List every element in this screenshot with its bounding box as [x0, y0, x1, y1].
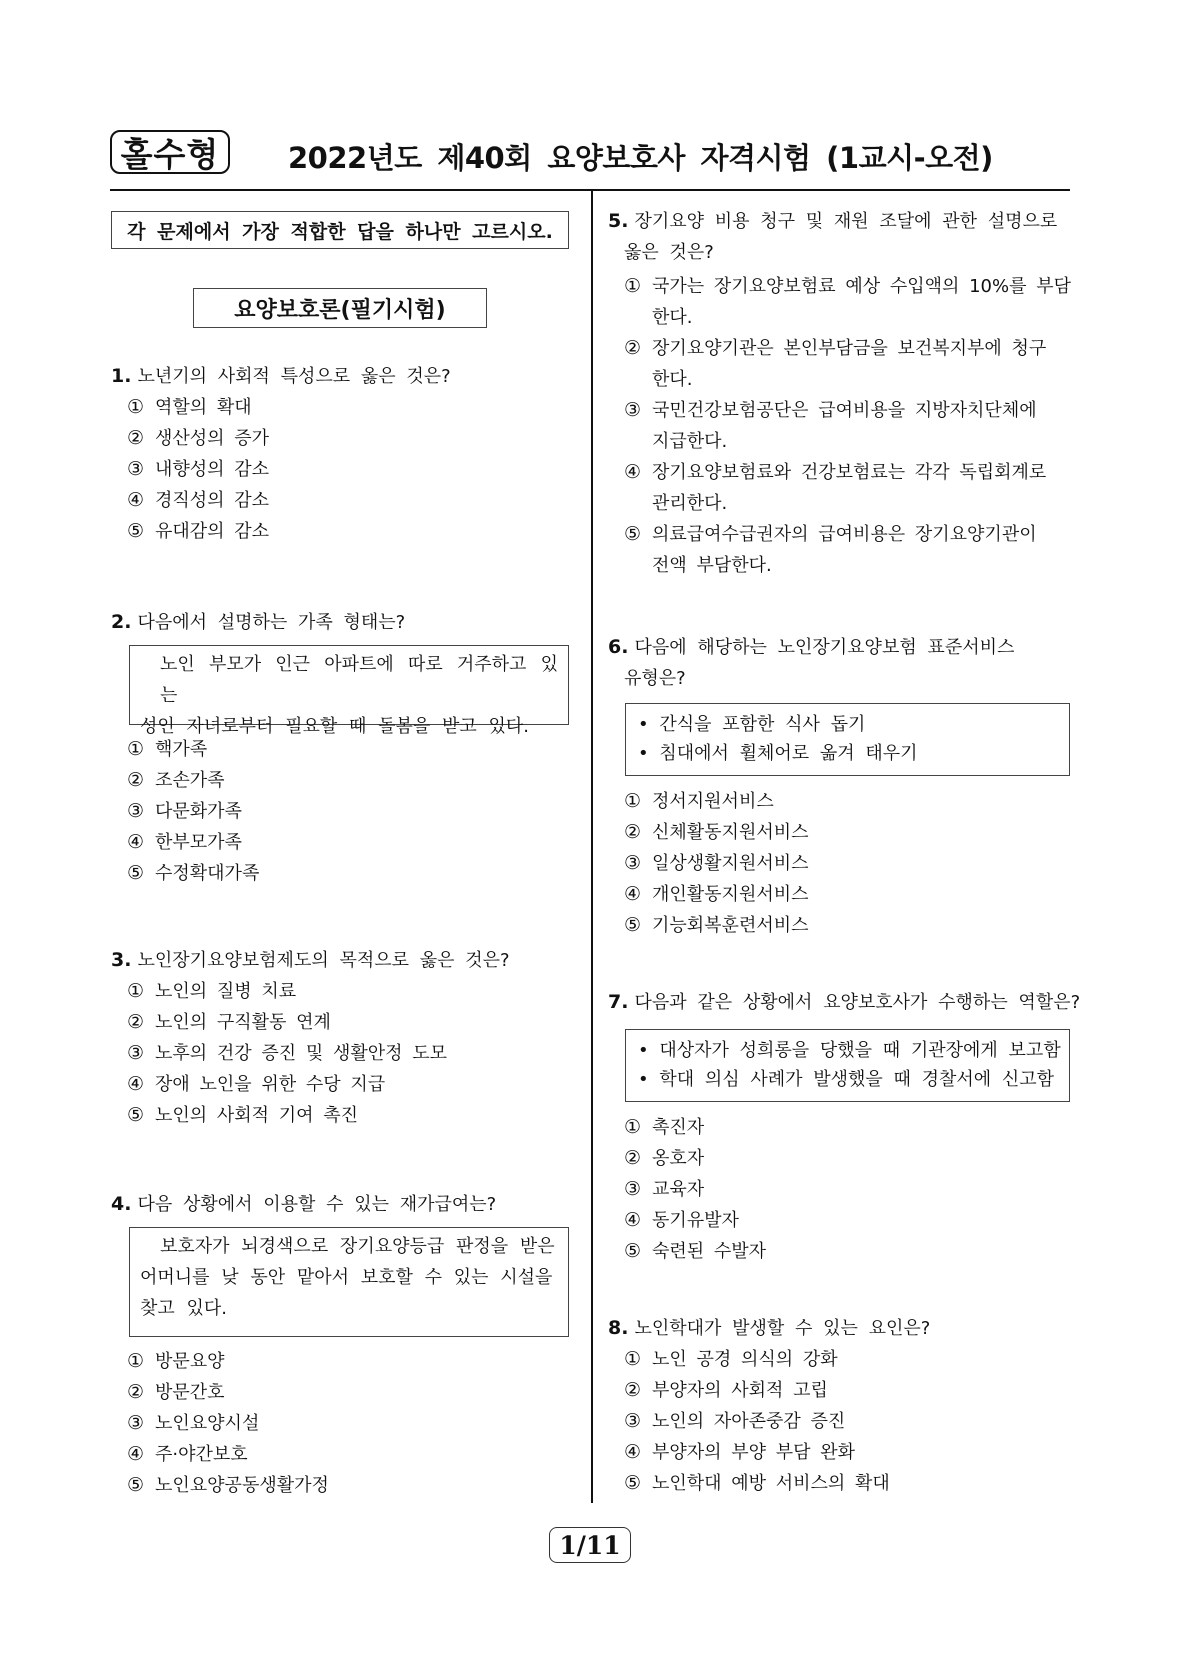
- option-3[interactable]: ③일상생활지원서비스: [624, 848, 809, 879]
- question-number: 5.: [608, 210, 628, 232]
- option-list: ①노인의 질병 치료 ②노인의 구직활동 연계 ③노후의 건강 증진 및 생활안…: [111, 976, 510, 1131]
- option-5[interactable]: ⑤노인학대 예방 서비스의 확대: [624, 1468, 930, 1499]
- option-3[interactable]: ③노후의 건강 증진 및 생활안정 도모: [127, 1038, 510, 1069]
- option-list: ①역할의 확대 ②생산성의 증가 ③내향성의 감소 ④경직성의 감소 ⑤유대감의…: [111, 392, 451, 547]
- question-3: 3.노인장기요양보험제도의 목적으로 옳은 것은? ①노인의 질병 치료 ②노인…: [111, 946, 510, 1131]
- option-1[interactable]: ①노인 공경 의식의 강화: [624, 1344, 930, 1375]
- question-1: 1.노년기의 사회적 특성으로 옳은 것은? ①역할의 확대 ②생산성의 증가 …: [111, 362, 451, 547]
- option-list: ①촉진자 ②옹호자 ③교육자 ④동기유발자 ⑤숙련된 수발자: [624, 1112, 766, 1267]
- question-title: 1.노년기의 사회적 특성으로 옳은 것은?: [111, 362, 451, 388]
- question-8: 8.노인학대가 발생할 수 있는 요인은? ①노인 공경 의식의 강화 ②부양자…: [608, 1314, 930, 1499]
- option-1[interactable]: ①촉진자: [624, 1112, 766, 1143]
- option-4[interactable]: ④한부모가족: [127, 827, 259, 858]
- option-5[interactable]: ⑤유대감의 감소: [127, 516, 451, 547]
- option-1[interactable]: ①핵가족: [127, 734, 259, 765]
- question-5: 5.장기요양 비용 청구 및 재원 조달에 관한 설명으로 옳은 것은? ①국가…: [608, 206, 1070, 581]
- option-2[interactable]: ②조손가족: [127, 765, 259, 796]
- passage-box: 노인 부모가 인근 아파트에 따로 거주하고 있는 성인 자녀로부터 필요할 때…: [129, 645, 569, 725]
- option-list: ①국가는 장기요양보험료 예상 수입액의 10%를 부담 한다. ②장기요양기관…: [608, 271, 1070, 581]
- question-title: 3.노인장기요양보험제도의 목적으로 옳은 것은?: [111, 946, 510, 972]
- question-2: 2.다음에서 설명하는 가족 형태는?: [111, 608, 405, 634]
- question-title: 5.장기요양 비용 청구 및 재원 조달에 관한 설명으로 옳은 것은?: [608, 206, 1070, 268]
- condition-box: • 대상자가 성희롱을 당했을 때 기관장에게 보고함 • 학대 의심 사례가 …: [625, 1029, 1070, 1102]
- question-number: 6.: [608, 636, 628, 658]
- option-2[interactable]: ②부양자의 사회적 고립: [624, 1375, 930, 1406]
- question-number: 8.: [608, 1317, 628, 1339]
- option-list: ①노인 공경 의식의 강화 ②부양자의 사회적 고립 ③노인의 자아존중감 증진…: [608, 1344, 930, 1499]
- option-5[interactable]: ⑤기능회복훈련서비스: [624, 910, 809, 941]
- section-title: 요양보호론(필기시험): [193, 288, 487, 328]
- question-number: 1.: [111, 365, 131, 387]
- column-divider: [591, 191, 593, 1503]
- question-number: 3.: [111, 949, 131, 971]
- condition-box: • 간식을 포함한 식사 돕기 • 침대에서 휠체어로 옮겨 태우기: [625, 703, 1070, 776]
- option-4[interactable]: ④부양자의 부양 부담 완화: [624, 1437, 930, 1468]
- question-title: 6.다음에 해당하는 노인장기요양보험 표준서비스 유형은?: [608, 632, 1070, 694]
- instruction-box: 각 문제에서 가장 적합한 답을 하나만 고르시오.: [111, 211, 569, 249]
- option-4[interactable]: ④경직성의 감소: [127, 485, 451, 516]
- option-5[interactable]: ⑤노인의 사회적 기여 촉진: [127, 1100, 510, 1131]
- page-indicator: 1/11: [549, 1527, 631, 1563]
- option-3[interactable]: ③교육자: [624, 1174, 766, 1205]
- question-title: 4.다음 상황에서 이용할 수 있는 재가급여는?: [111, 1190, 496, 1216]
- question-6: 6.다음에 해당하는 노인장기요양보험 표준서비스 유형은?: [608, 632, 1070, 694]
- option-4[interactable]: ④주·야간보호: [127, 1439, 329, 1470]
- option-1[interactable]: ①노인의 질병 치료: [127, 976, 510, 1007]
- header-divider: [110, 189, 1070, 191]
- option-4[interactable]: ④장애 노인을 위한 수당 지급: [127, 1069, 510, 1100]
- option-2[interactable]: ②노인의 구직활동 연계: [127, 1007, 510, 1038]
- question-title: 7.다음과 같은 상황에서 요양보호사가 수행하는 역할은?: [608, 988, 1080, 1014]
- option-5[interactable]: ⑤의료급여수급권자의 급여비용은 장기요양기관이 전액 부담한다.: [624, 519, 1070, 581]
- option-1[interactable]: ①방문요양: [127, 1346, 329, 1377]
- passage-box: 보호자가 뇌경색으로 장기요양등급 판정을 받은 어머니를 낮 동안 맡아서 보…: [129, 1227, 569, 1337]
- option-5[interactable]: ⑤숙련된 수발자: [624, 1236, 766, 1267]
- option-2[interactable]: ②생산성의 증가: [127, 423, 451, 454]
- option-3[interactable]: ③국민건강보험공단은 급여비용을 지방자치단체에 지급한다.: [624, 395, 1070, 457]
- exam-title: 2022년도 제40회 요양보호사 자격시험 (1교시-오전): [288, 136, 993, 177]
- option-1[interactable]: ①역할의 확대: [127, 392, 451, 423]
- option-3[interactable]: ③다문화가족: [127, 796, 259, 827]
- question-title: 8.노인학대가 발생할 수 있는 요인은?: [608, 1314, 930, 1340]
- option-1[interactable]: ①국가는 장기요양보험료 예상 수입액의 10%를 부담 한다.: [624, 271, 1070, 333]
- option-4[interactable]: ④개인활동지원서비스: [624, 879, 809, 910]
- option-list: ①정서지원서비스 ②신체활동지원서비스 ③일상생활지원서비스 ④개인활동지원서비…: [624, 786, 809, 941]
- option-list: ①방문요양 ②방문간호 ③노인요양시설 ④주·야간보호 ⑤노인요양공동생활가정: [127, 1346, 329, 1501]
- question-title: 2.다음에서 설명하는 가족 형태는?: [111, 608, 405, 634]
- exam-type-badge: 홀수형: [110, 130, 230, 174]
- option-4[interactable]: ④장기요양보험료와 건강보험료는 각각 독립회계로 관리한다.: [624, 457, 1070, 519]
- option-4[interactable]: ④동기유발자: [624, 1205, 766, 1236]
- option-5[interactable]: ⑤노인요양공동생활가정: [127, 1470, 329, 1501]
- question-number: 7.: [608, 991, 628, 1013]
- option-3[interactable]: ③노인의 자아존중감 증진: [624, 1406, 930, 1437]
- option-2[interactable]: ②장기요양기관은 본인부담금을 보건복지부에 청구 한다.: [624, 333, 1070, 395]
- question-number: 4.: [111, 1193, 131, 1215]
- question-number: 2.: [111, 611, 131, 633]
- option-5[interactable]: ⑤수정확대가족: [127, 858, 259, 889]
- option-1[interactable]: ①정서지원서비스: [624, 786, 809, 817]
- option-3[interactable]: ③노인요양시설: [127, 1408, 329, 1439]
- option-3[interactable]: ③내향성의 감소: [127, 454, 451, 485]
- option-2[interactable]: ②옹호자: [624, 1143, 766, 1174]
- option-2[interactable]: ②신체활동지원서비스: [624, 817, 809, 848]
- option-2[interactable]: ②방문간호: [127, 1377, 329, 1408]
- question-7: 7.다음과 같은 상황에서 요양보호사가 수행하는 역할은?: [608, 988, 1080, 1014]
- question-4: 4.다음 상황에서 이용할 수 있는 재가급여는?: [111, 1190, 496, 1216]
- option-list: ①핵가족 ②조손가족 ③다문화가족 ④한부모가족 ⑤수정확대가족: [127, 734, 259, 889]
